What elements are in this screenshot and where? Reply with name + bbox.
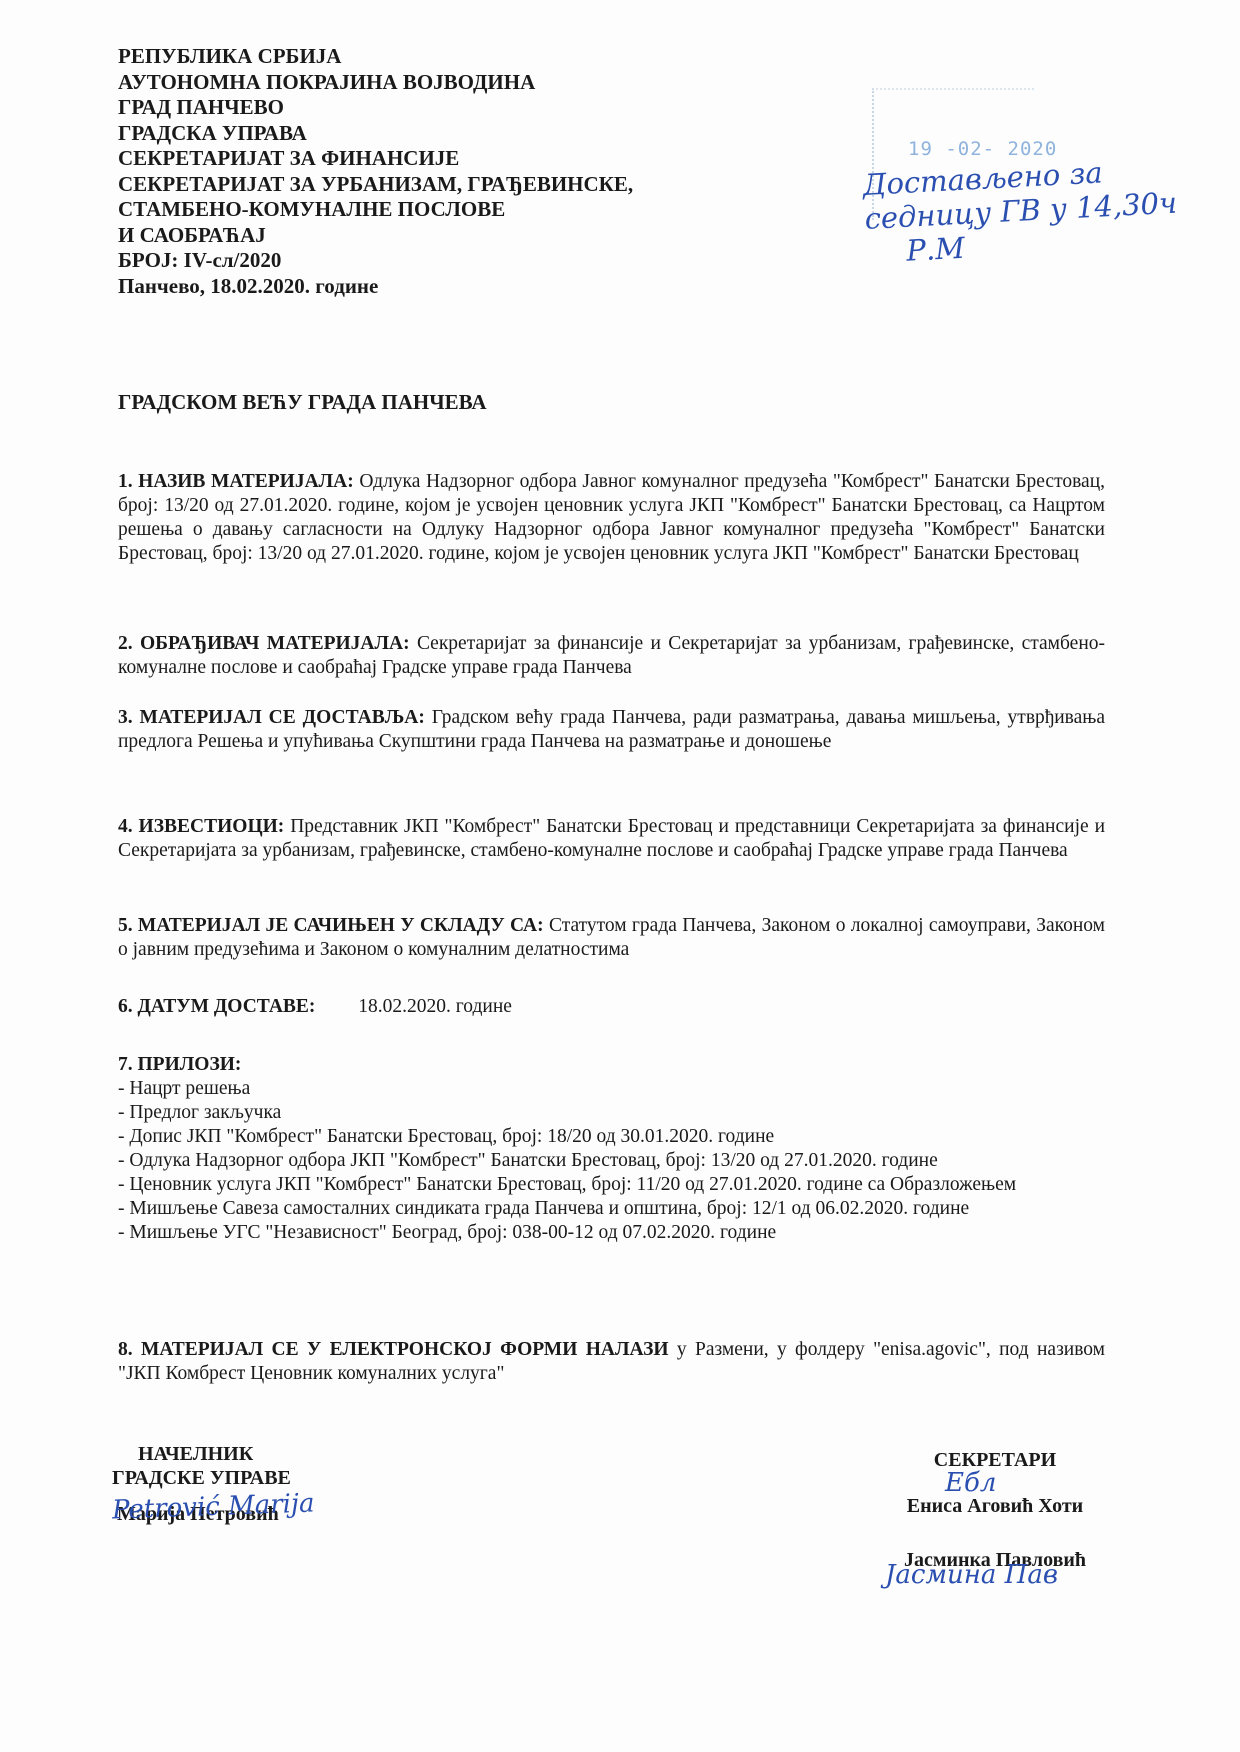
section-reporters: 4. ИЗВЕСТИОЦИ: Представник ЈКП "Комбрест… xyxy=(118,815,1105,863)
signature-title: НАЧЕЛНИК xyxy=(112,1442,291,1466)
section-material-name: 1. НАЗИВ МАТЕРИЈАЛА: Одлука Надзорног од… xyxy=(118,470,1105,566)
signature-block-secretaries: СЕКРЕТАРИ Ениса Аговић Хоти Јасминка Пав… xyxy=(880,1448,1110,1572)
attachment-item: - Мишљење Савеза самосталних синдиката г… xyxy=(118,1197,1105,1221)
header-line-country: РЕПУБЛИКА СРБИЈА xyxy=(118,44,633,70)
section-material-delivered-to: 3. МАТЕРИЈАЛ СЕ ДОСТАВЉА: Градском већу … xyxy=(118,706,1105,754)
section-label: 3. МАТЕРИЈАЛ СЕ ДОСТАВЉА: xyxy=(118,707,425,728)
section-label: 4. ИЗВЕСТИОЦИ: xyxy=(118,816,284,837)
header-line-city: ГРАД ПАНЧЕВО xyxy=(118,95,633,121)
section-label: 8. МАТЕРИЈАЛ СЕ У ЕЛЕКТРОНСКОЈ ФОРМИ НАЛ… xyxy=(118,1339,669,1360)
header-line-secretariat-urban: СЕКРЕТАРИЈАТ ЗА УРБАНИЗАМ, ГРАЂЕВИНСКЕ, xyxy=(118,172,633,198)
attachment-item: - Допис ЈКП "Комбрест" Банатски Брестова… xyxy=(118,1125,1105,1149)
section-attachments: 7. ПРИЛОЗИ: - Нацрт решења - Предлог зак… xyxy=(118,1053,1105,1245)
attachments-list: - Нацрт решења - Предлог закључка - Допи… xyxy=(118,1077,1105,1245)
attachment-item: - Ценовник услуга ЈКП "Комбрест" Банатск… xyxy=(118,1173,1105,1197)
addressee: ГРАДСКОМ ВЕЋУ ГРАДА ПАНЧЕВА xyxy=(118,390,487,415)
section-label: 2. ОБРАЂИВАЧ МАТЕРИЈАЛА: xyxy=(118,633,410,654)
attachment-item: - Предлог закључка xyxy=(118,1101,1105,1125)
section-delivery-date: 6. ДАТУМ ДОСТАВЕ: 18.02.2020. године xyxy=(118,995,1105,1019)
header-line-province: АУТОНОМНА ПОКРАЈИНА ВОЈВОДИНА xyxy=(118,70,633,96)
header-line-secretariat-traffic: И САОБРАЋАЈ xyxy=(118,223,633,249)
section-label: 1. НАЗИВ МАТЕРИЈАЛА: xyxy=(118,471,354,492)
section-legal-basis: 5. МАТЕРИЈАЛ ЈЕ САЧИЊЕН У СКЛАДУ СА: Ста… xyxy=(118,914,1105,962)
section-electronic-location: 8. МАТЕРИЈАЛ СЕ У ЕЛЕКТРОНСКОЈ ФОРМИ НАЛ… xyxy=(118,1338,1105,1386)
document-header: РЕПУБЛИКА СРБИЈА АУТОНОМНА ПОКРАЈИНА ВОЈ… xyxy=(118,44,633,299)
header-line-secretariat-finance: СЕКРЕТАРИЈАТ ЗА ФИНАНСИЈЕ xyxy=(118,146,633,172)
section-material-author: 2. ОБРАЂИВАЧ МАТЕРИЈАЛА: Секретаријат за… xyxy=(118,632,1105,680)
handwritten-signature: Ебл xyxy=(945,1468,996,1498)
header-line-secretariat-housing: СТАМБЕНО-КОМУНАЛНЕ ПОСЛОВЕ xyxy=(118,197,633,223)
attachment-item: - Нацрт решења xyxy=(118,1077,1105,1101)
attachment-item: - Одлука Надзорног одбора ЈКП "Комбрест"… xyxy=(118,1149,1105,1173)
header-line-administration: ГРАДСКА УПРАВА xyxy=(118,121,633,147)
header-line-number: БРОЈ: IV-сл/2020 xyxy=(118,248,633,274)
section-label: 6. ДАТУМ ДОСТАВЕ: xyxy=(118,996,315,1017)
signature-title: ГРАДСКЕ УПРАВЕ xyxy=(112,1466,291,1490)
received-stamp-date: 19 -02- 2020 xyxy=(908,138,1057,160)
handwritten-signature: Јасмина Пав xyxy=(885,1560,1058,1590)
handwritten-note: Достављено за седницу ГВ у 14,30ч Р.М xyxy=(862,152,1180,270)
section-label: 7. ПРИЛОЗИ: xyxy=(118,1054,241,1075)
attachment-item: - Мишљење УГС "Независност" Београд, бро… xyxy=(118,1221,1105,1245)
delivery-date-value: 18.02.2020. године xyxy=(358,996,512,1017)
section-label: 5. МАТЕРИЈАЛ ЈЕ САЧИЊЕН У СКЛАДУ СА: xyxy=(118,915,544,936)
header-line-date: Панчево, 18.02.2020. године xyxy=(118,274,633,300)
